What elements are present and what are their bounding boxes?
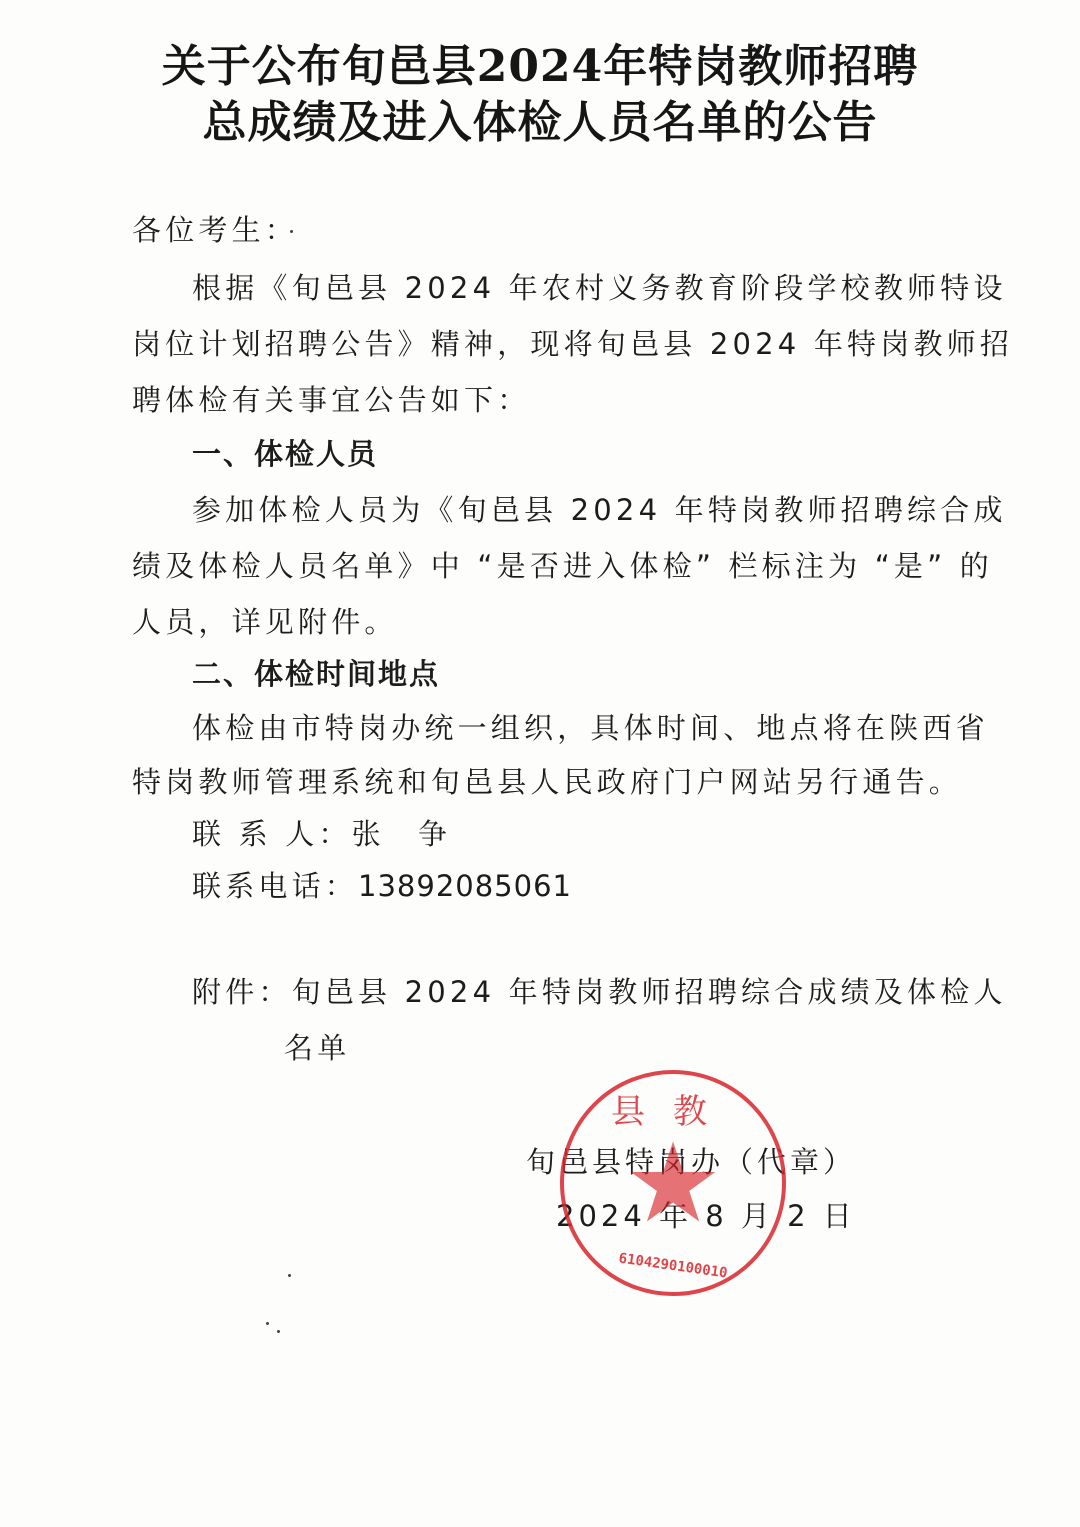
section1-heading: 一、体检人员 (192, 432, 378, 473)
contact-person-name: 张 争 (352, 817, 452, 851)
contact-person: 联 系 人：张 争 (192, 812, 451, 853)
document-title-line1: 关于公布旬邑县2024年特岗教师招聘 (0, 30, 1080, 94)
star-icon: ★ (624, 1128, 723, 1238)
scan-speck (277, 1330, 280, 1333)
scan-speck (290, 230, 293, 233)
scan-speck (288, 1274, 291, 1277)
intro-line-1: 根据《旬邑县 2024 年农村义务教育阶段学校教师特设 (192, 266, 1007, 307)
contact-phone-label: 联系电话： (192, 869, 358, 903)
document-page: 关于公布旬邑县2024年特岗教师招聘 总成绩及进入体检人员名单的公告 各位考生：… (0, 0, 1080, 1527)
attachment-line-1: 附件：旬邑县 2024 年特岗教师招聘综合成绩及体检人 (192, 970, 1007, 1011)
contact-phone-number: 13892085061 (358, 869, 572, 903)
scan-speck (266, 1322, 269, 1325)
contact-phone: 联系电话：13892085061 (192, 864, 572, 905)
intro-line-2: 岗位计划招聘公告》精神，现将旬邑县 2024 年特岗教师招 (132, 322, 1013, 363)
section2-heading: 二、体检时间地点 (192, 652, 440, 693)
attachment-title: 旬邑县 2024 年特岗教师招聘综合成绩及体检人 (292, 975, 1007, 1009)
section1-line-1: 参加体检人员为《旬邑县 2024 年特岗教师招聘综合成 (192, 488, 1007, 529)
attachment-label: 附件： (192, 975, 292, 1009)
contact-person-label: 联 系 人： (192, 817, 352, 851)
intro-line-3: 聘体检有关事宜公告如下： (132, 378, 530, 419)
section2-line-2: 特岗教师管理系统和旬邑县人民政府门户网站另行通告。 (132, 760, 962, 801)
official-seal: 县教 ★ 6104290100010 (560, 1070, 786, 1296)
seal-code: 6104290100010 (564, 1243, 782, 1289)
section2-line-1: 体检由市特岗办统一组织，具体时间、地点将在陕西省 (192, 706, 989, 747)
section1-line-2: 绩及体检人员名单》中 “是否进入体检” 栏标注为 “是” 的 (132, 544, 993, 585)
document-title-line2: 总成绩及进入体检人员名单的公告 (0, 86, 1080, 150)
section1-line-3: 人员，详见附件。 (132, 600, 398, 641)
salutation: 各位考生： (132, 208, 298, 249)
attachment-line-2: 名单 (284, 1026, 350, 1067)
